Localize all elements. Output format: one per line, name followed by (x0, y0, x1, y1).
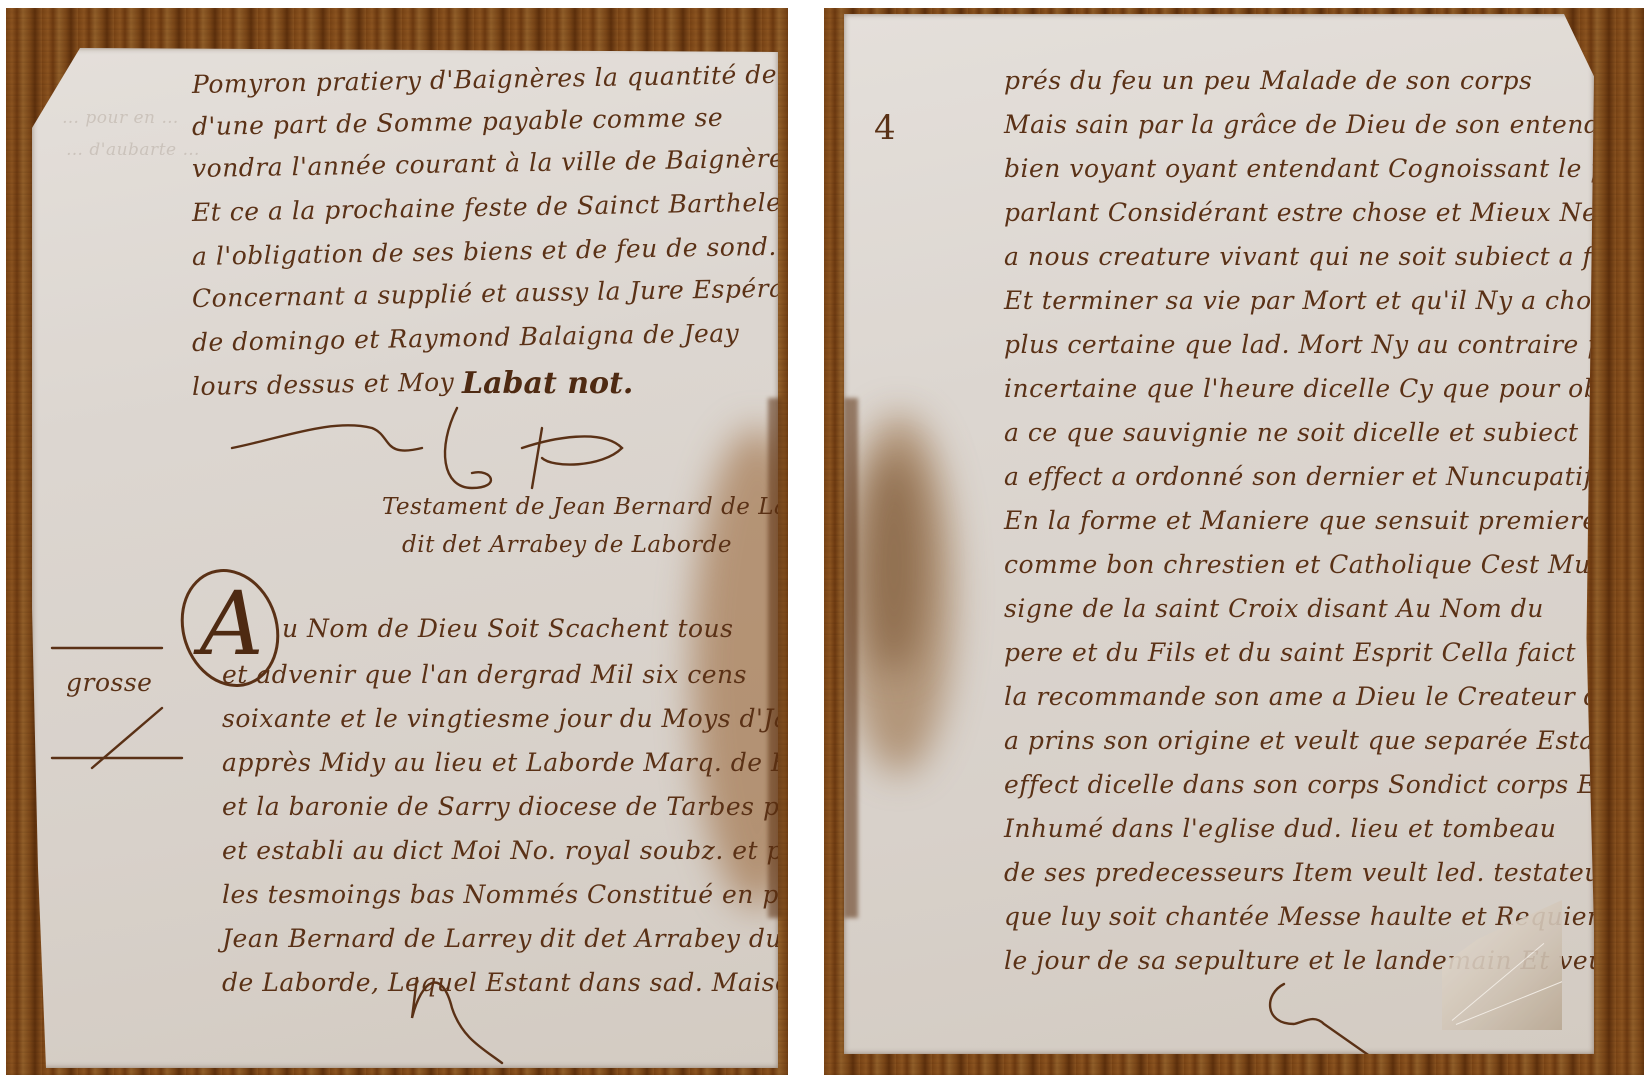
text-line: soixante et le vingtiesme jour du Moys d… (222, 704, 788, 733)
text-line: incertaine que l'heure dicelle Cy que po… (1004, 374, 1644, 403)
left-page-photo: … pour en … … d'aubarte … Pomyron pratie… (6, 8, 788, 1075)
heading-line: dit det Arrabey de Laborde (402, 532, 732, 558)
text-line: bien voyant oyant entendant Cognoissant … (1004, 154, 1644, 183)
text-line: la recommande son ame a Dieu le Createur… (1004, 682, 1644, 711)
text-line: et la baronie de Sarry diocese de Tarbes… (222, 792, 788, 821)
signature-flourish (222, 388, 742, 508)
image-frame: … pour en … … d'aubarte … Pomyron pratie… (0, 0, 1650, 1083)
text-line: apprès Midy au lieu et Laborde Marq. de … (222, 748, 788, 777)
text-line: signe de la saint Croix disant Au Nom du (1004, 594, 1544, 623)
text-line: Et ce a la prochaine feste de Sainct Bar… (192, 187, 788, 227)
text-line: et advenir que l'an dergrad Mil six cens (222, 660, 747, 689)
closing-flourish (1264, 974, 1404, 1064)
text-line: vondra l'année courant à la ville de Bai… (192, 143, 788, 183)
text-line: Jean Bernard de Larrey dit det Arrabey d… (222, 924, 788, 953)
text-line: comme bon chrestien et Catholique Cest M… (1004, 550, 1644, 579)
text-line: a l'obligation de ses biens et de feu de… (192, 230, 788, 271)
water-stain (844, 414, 954, 774)
text-line: d'une part de Somme payable comme se (192, 103, 724, 141)
text-line: En la forme et Maniere que sensuit premi… (1004, 506, 1644, 535)
text-line: a effect a ordonné son dernier et Nuncup… (1004, 462, 1644, 491)
text-line: Pomyron pratiery d'Baignères la quantité… (192, 60, 778, 99)
folio-number: 4 (874, 108, 896, 148)
text-line: Mais sain par la grâce de Dieu de son en… (1004, 110, 1644, 139)
closing-flourish (412, 968, 512, 1068)
text-line: prés du feu un peu Malade de son corps (1004, 66, 1532, 95)
right-manuscript-page: 4 prés du feu un peu Malade de son corps… (844, 14, 1594, 1054)
torn-page-edge (844, 398, 858, 918)
text-line: a ce que sauvignie ne soit dicelle et su… (1004, 418, 1579, 447)
right-page-photo: 4 prés du feu un peu Malade de son corps… (824, 8, 1644, 1075)
text-line: parlant Considérant estre chose et Mieux… (1004, 198, 1621, 227)
torn-page-edge (768, 398, 782, 918)
text-line: et establi au dict Moi No. royal soubz. … (222, 836, 788, 865)
text-line: Et terminer sa vie par Mort et qu'il Ny … (1004, 286, 1620, 315)
text-line: Inhumé dans l'eglise dud. lieu et tombea… (1004, 814, 1556, 843)
text-line: les tesmoings bas Nommés Constitué en pe… (222, 880, 788, 909)
text-line: de ses predecesseurs Item veult led. tes… (1004, 858, 1613, 887)
left-manuscript-page: … pour en … … d'aubarte … Pomyron pratie… (32, 48, 778, 1068)
text-line: a prins son origine et veult que separée… (1004, 726, 1622, 755)
margin-rule (52, 608, 202, 768)
water-stain (864, 454, 924, 674)
text-line: effect dicelle dans son corps Sondict co… (1004, 770, 1644, 799)
faint-margin-text: … d'aubarte … (66, 140, 200, 160)
text-line: pere et du Fils et du saint Esprit Cella… (1004, 638, 1576, 667)
illuminated-initial: A (200, 580, 264, 668)
text-line: de domingo et Raymond Balaigna de Jeay (192, 318, 740, 357)
heading-line: Testament de Jean Bernard de Larrey (382, 494, 788, 520)
faint-margin-text: … pour en … (62, 108, 179, 128)
text-line: plus certaine que lad. Mort Ny au contra… (1004, 330, 1642, 359)
text-line: Concernant a supplié et aussy la Jure Es… (192, 273, 788, 313)
text-line: u Nom de Dieu Soit Scachent tous (282, 614, 733, 643)
text-line: a nous creature vivant qui ne soit subie… (1004, 242, 1638, 271)
